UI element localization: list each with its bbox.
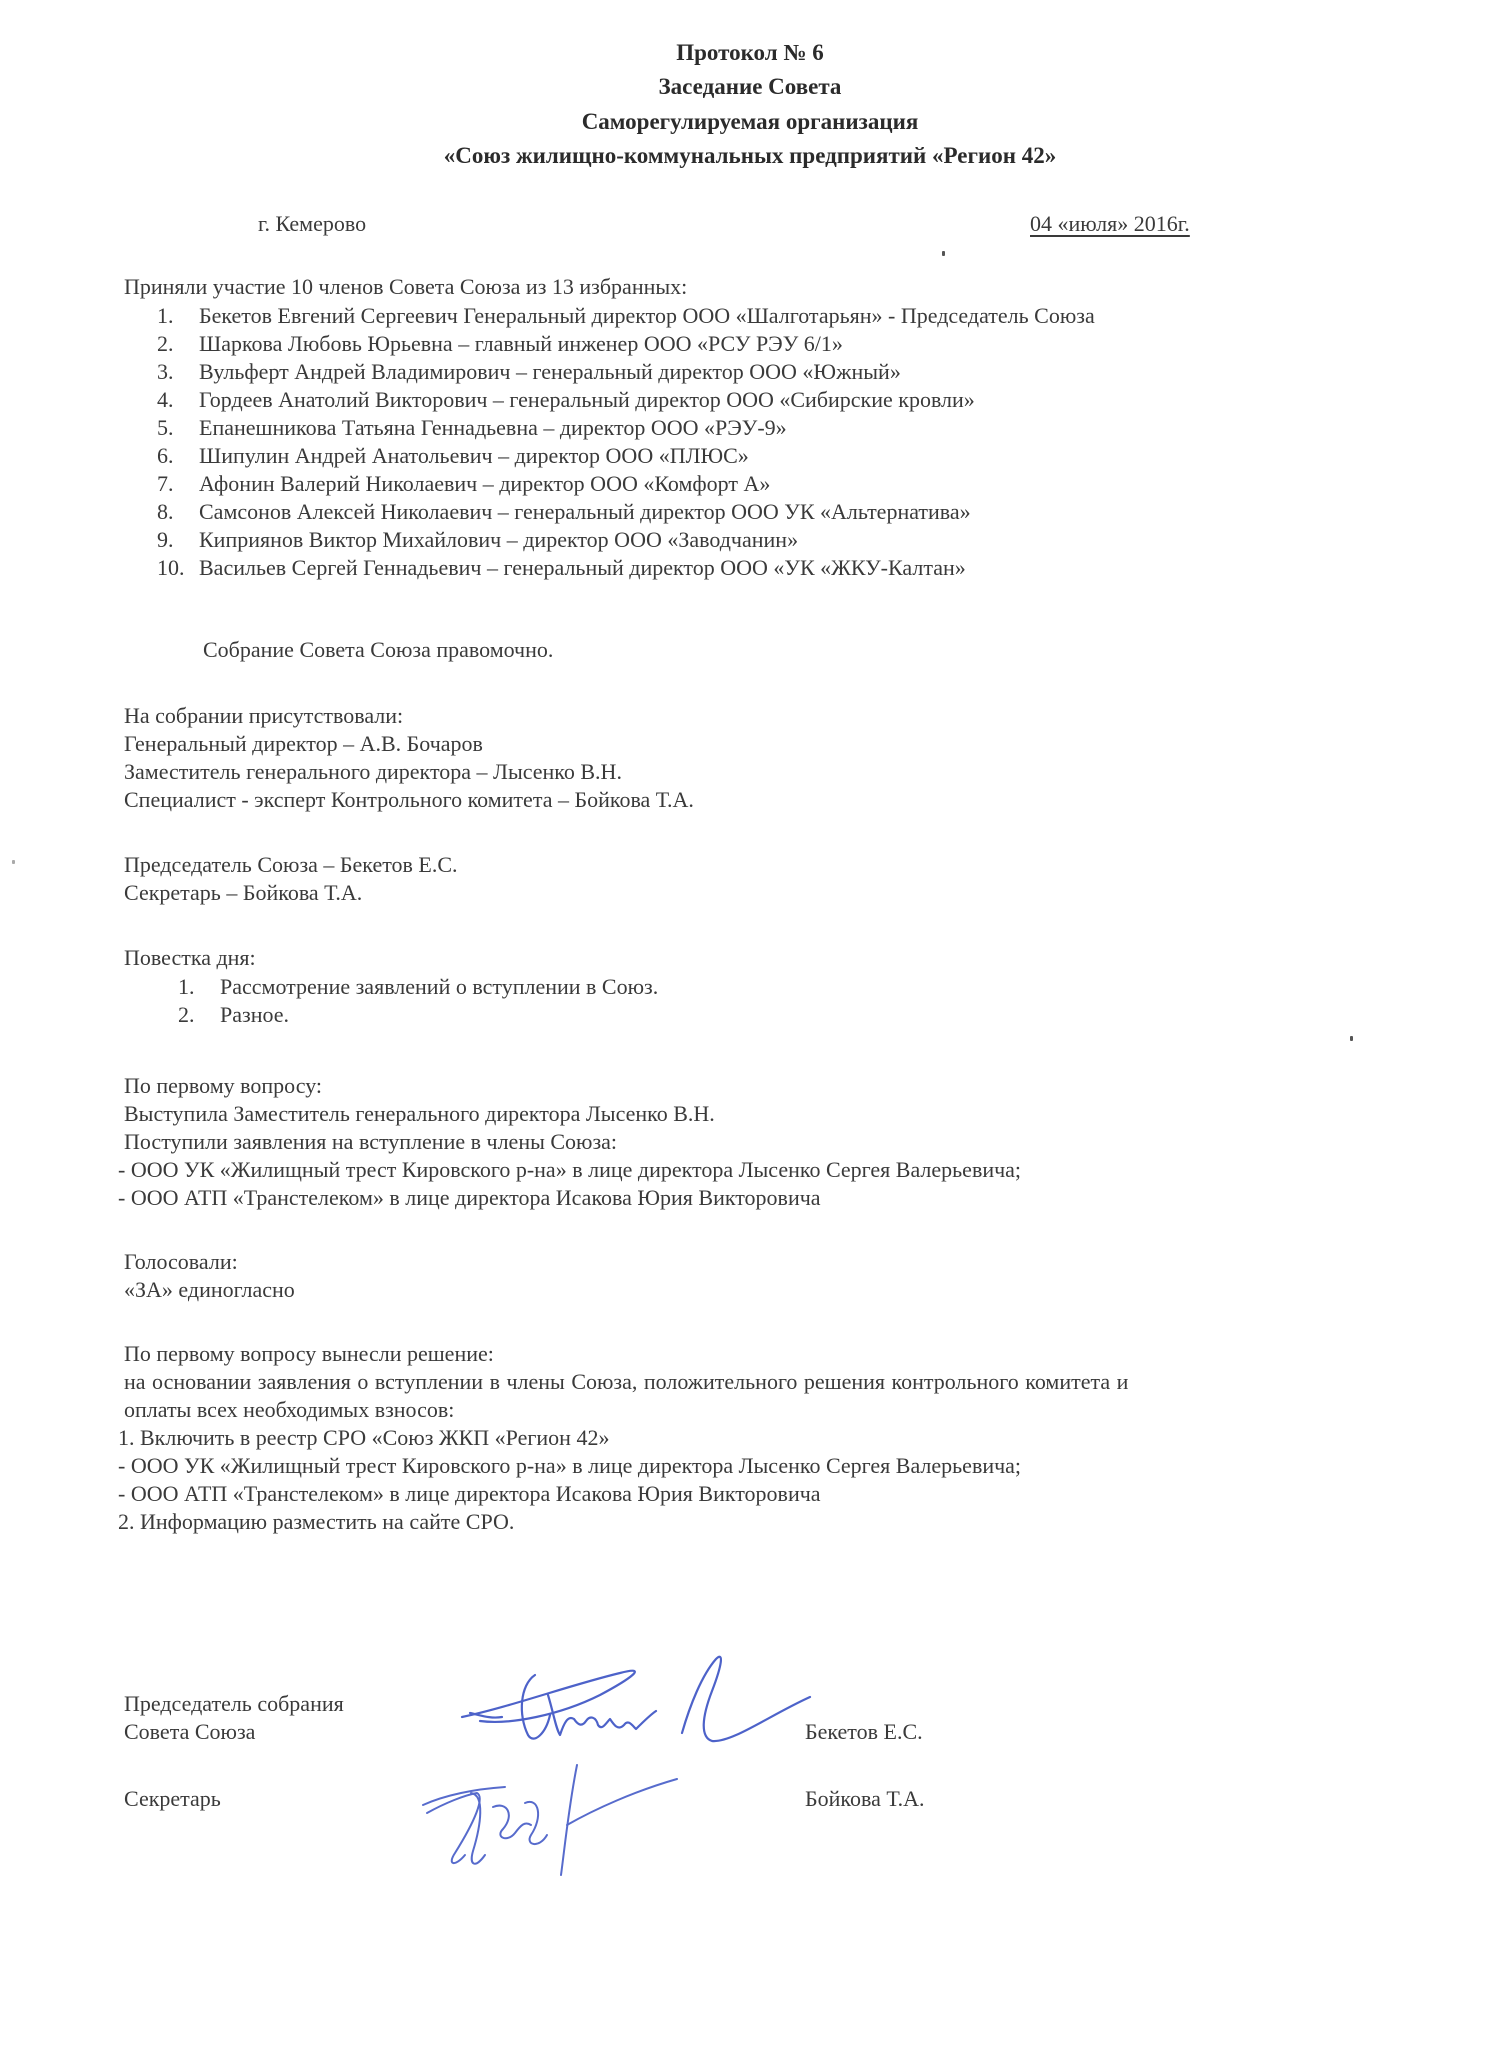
secretary-role: Секретарь – Бойкова Т.А. xyxy=(124,879,362,907)
decision-title: По первому вопросу вынесли решение: xyxy=(124,1340,494,1368)
participant-item: 7.Афонин Валерий Николаевич – директор О… xyxy=(157,470,770,498)
participant-item: 9.Киприянов Виктор Михайлович – директор… xyxy=(157,526,798,554)
agenda-item: 2.Разное. xyxy=(178,1001,289,1029)
participant-item: 4.Гордеев Анатолий Викторович – генераль… xyxy=(157,386,975,414)
decision-item-2: 2. Информацию разместить на сайте СРО. xyxy=(118,1508,514,1536)
chair-signature-name: Бекетов Е.С. xyxy=(805,1718,923,1746)
chair-signature-icon xyxy=(450,1645,820,1755)
decision-basis: на основании заявления о вступлении в чл… xyxy=(124,1368,1128,1396)
participant-item: 8.Самсонов Алексей Николаевич – генераль… xyxy=(157,498,971,526)
participant-item: 1.Бекетов Евгений Сергеевич Генеральный … xyxy=(157,302,1095,330)
vote-title: Голосовали: xyxy=(124,1248,238,1276)
meeting-type: Заседание Совета xyxy=(0,74,1500,100)
organization-name: «Союз жилищно-коммунальных предприятий «… xyxy=(0,143,1500,169)
chair-signature-label: Председатель собрания xyxy=(124,1690,344,1718)
decision-basis-cont: оплаты всех необходимых взносов: xyxy=(124,1396,454,1424)
applicant-line: - ООО УК «Жилищный трест Кировского р-на… xyxy=(118,1156,1021,1184)
agenda-item: 1.Рассмотрение заявлений о вступлении в … xyxy=(178,973,658,1001)
secretary-signature-icon xyxy=(415,1755,705,1880)
decision-member-line: - ООО УК «Жилищный трест Кировского р-на… xyxy=(118,1452,1021,1480)
attendee-line: Специалист - эксперт Контрольного комите… xyxy=(124,786,694,814)
secretary-signature-label: Секретарь xyxy=(124,1785,221,1813)
scan-speck xyxy=(1350,1036,1353,1041)
agenda-title: Повестка дня: xyxy=(124,944,256,972)
secretary-signature-name: Бойкова Т.А. xyxy=(805,1785,924,1813)
participant-item: 3.Вульферт Андрей Владимирович – генерал… xyxy=(157,358,901,386)
participants-intro: Приняли участие 10 членов Совета Союза и… xyxy=(124,273,687,301)
participant-item: 10.Васильев Сергей Геннадьевич – генерал… xyxy=(157,554,966,582)
protocol-page: Протокол № 6 Заседание Совета Саморегули… xyxy=(0,0,1500,2052)
participant-item: 5.Епанешникова Татьяна Геннадьевна – дир… xyxy=(157,414,787,442)
scan-speck xyxy=(12,860,15,864)
first-question-speaker: Выступила Заместитель генерального дирек… xyxy=(124,1100,715,1128)
protocol-title: Протокол № 6 xyxy=(0,40,1500,66)
quorum-statement: Собрание Совета Союза правомочно. xyxy=(203,636,553,664)
applicant-line: - ООО АТП «Транстелеком» в лице директор… xyxy=(118,1184,821,1212)
chair-role: Председатель Союза – Бекетов Е.С. xyxy=(124,851,458,879)
decision-item-1: 1. Включить в реестр СРО «Союз ЖКП «Реги… xyxy=(118,1424,609,1452)
meeting-date: 04 «июля» 2016г. xyxy=(1030,210,1190,238)
applications-received: Поступили заявления на вступление в член… xyxy=(124,1128,617,1156)
chair-signature-label-cont: Совета Союза xyxy=(124,1718,255,1746)
first-question-title: По первому вопросу: xyxy=(124,1072,322,1100)
decision-member-line: - ООО АТП «Транстелеком» в лице директор… xyxy=(118,1480,821,1508)
attendees-title: На собрании присутствовали: xyxy=(124,702,403,730)
participant-item: 6.Шипулин Андрей Анатольевич – директор … xyxy=(157,442,749,470)
attendee-line: Заместитель генерального директора – Лыс… xyxy=(124,758,622,786)
scan-speck xyxy=(942,251,945,256)
organization-type: Саморегулируемая организация xyxy=(0,109,1500,135)
vote-result: «ЗА» единогласно xyxy=(124,1276,295,1304)
participant-item: 2.Шаркова Любовь Юрьевна – главный инжен… xyxy=(157,330,843,358)
attendee-line: Генеральный директор – А.В. Бочаров xyxy=(124,730,483,758)
meeting-place: г. Кемерово xyxy=(258,210,366,238)
